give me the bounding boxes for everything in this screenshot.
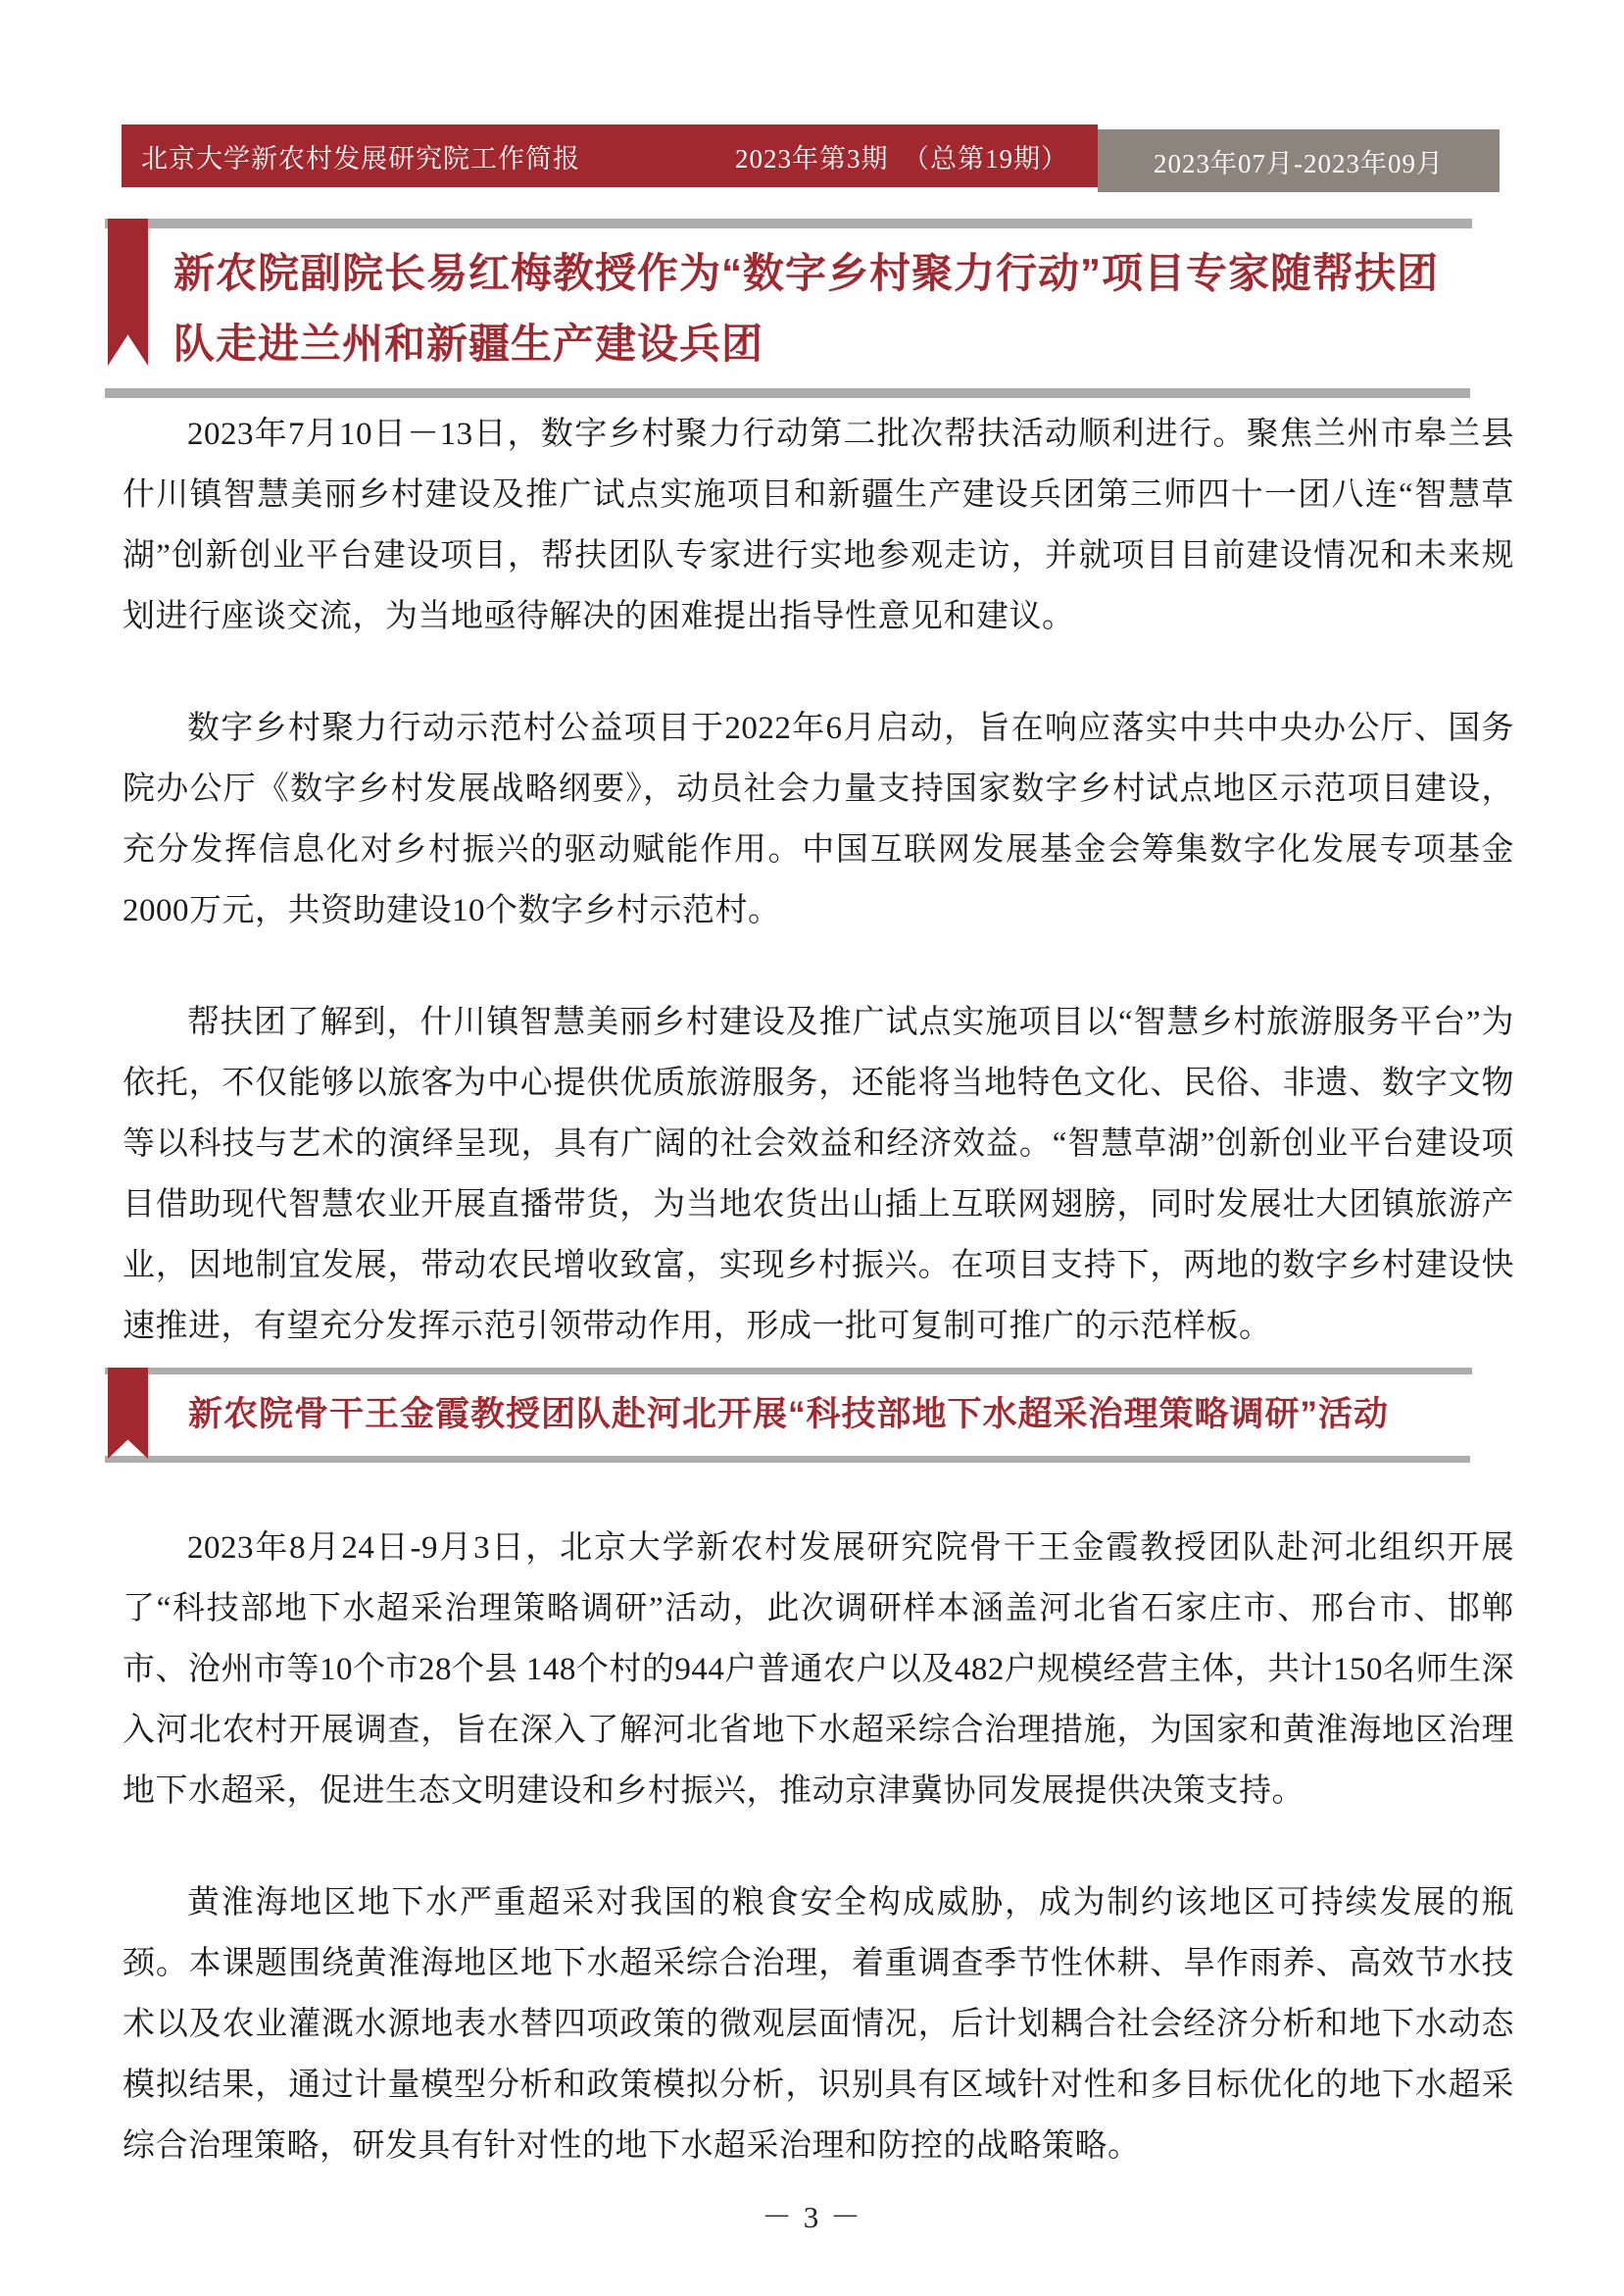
page-header: 北京大学新农村发展研究院工作简报 2023年第3期 （总第19期） 2023年0…	[122, 125, 1500, 187]
banner-bottom-rule	[105, 388, 1470, 398]
banner-top-rule	[105, 1368, 1472, 1374]
header-red-bar: 北京大学新农村发展研究院工作简报 2023年第3期 （总第19期）	[122, 125, 1098, 187]
bulletin-title: 北京大学新农村发展研究院工作简报	[141, 137, 580, 175]
article1-title: 新农院副院长易红梅教授作为“数字乡村聚力行动”项目专家随帮扶团队走进兰州和新疆生…	[105, 228, 1457, 388]
paragraph: 数字乡村聚力行动示范村公益项目于2022年6月启动，旨在响应落实中共中央办公厅、…	[123, 698, 1514, 941]
article1-banner: 新农院副院长易红梅教授作为“数字乡村聚力行动”项目专家随帮扶团队走进兰州和新疆生…	[105, 219, 1472, 398]
article1-body: 2023年7月10日－13日，数字乡村聚力行动第二批次帮扶活动顺利进行。聚焦兰州…	[123, 404, 1514, 1357]
period-range: 2023年07月-2023年09月	[1154, 142, 1444, 180]
paragraph: 黄淮海地区地下水严重超采对我国的粮食安全构成威胁，成为制约该地区可持续发展的瓶颈…	[123, 1872, 1514, 2176]
article2-title: 新农院骨干王金霞教授团队赴河北开展“科技部地下水超采治理策略调研”活动	[105, 1374, 1472, 1456]
paragraph: 帮扶团了解到，什川镇智慧美丽乡村建设及推广试点实施项目以“智慧乡村旅游服务平台”…	[123, 992, 1514, 1357]
banner-bottom-rule	[105, 1456, 1470, 1463]
paragraph: 2023年7月10日－13日，数字乡村聚力行动第二批次帮扶活动顺利进行。聚焦兰州…	[123, 404, 1514, 647]
page-footer: － 3 －	[0, 2192, 1624, 2236]
article2-body: 2023年8月24日-9月3日，北京大学新农村发展研究院骨干王金霞教授团队赴河北…	[123, 1518, 1514, 2176]
article2-banner: 新农院骨干王金霞教授团队赴河北开展“科技部地下水超采治理策略调研”活动	[105, 1368, 1472, 1463]
header-period-bar: 2023年07月-2023年09月	[1098, 129, 1500, 192]
bulletin-page: 北京大学新农村发展研究院工作简报 2023年第3期 （总第19期） 2023年0…	[0, 0, 1624, 2296]
issue-number: 2023年第3期 （总第19期）	[735, 137, 1068, 175]
page-number: － 3 －	[762, 2200, 862, 2234]
banner-top-rule	[105, 219, 1472, 228]
paragraph: 2023年8月24日-9月3日，北京大学新农村发展研究院骨干王金霞教授团队赴河北…	[123, 1518, 1514, 1822]
